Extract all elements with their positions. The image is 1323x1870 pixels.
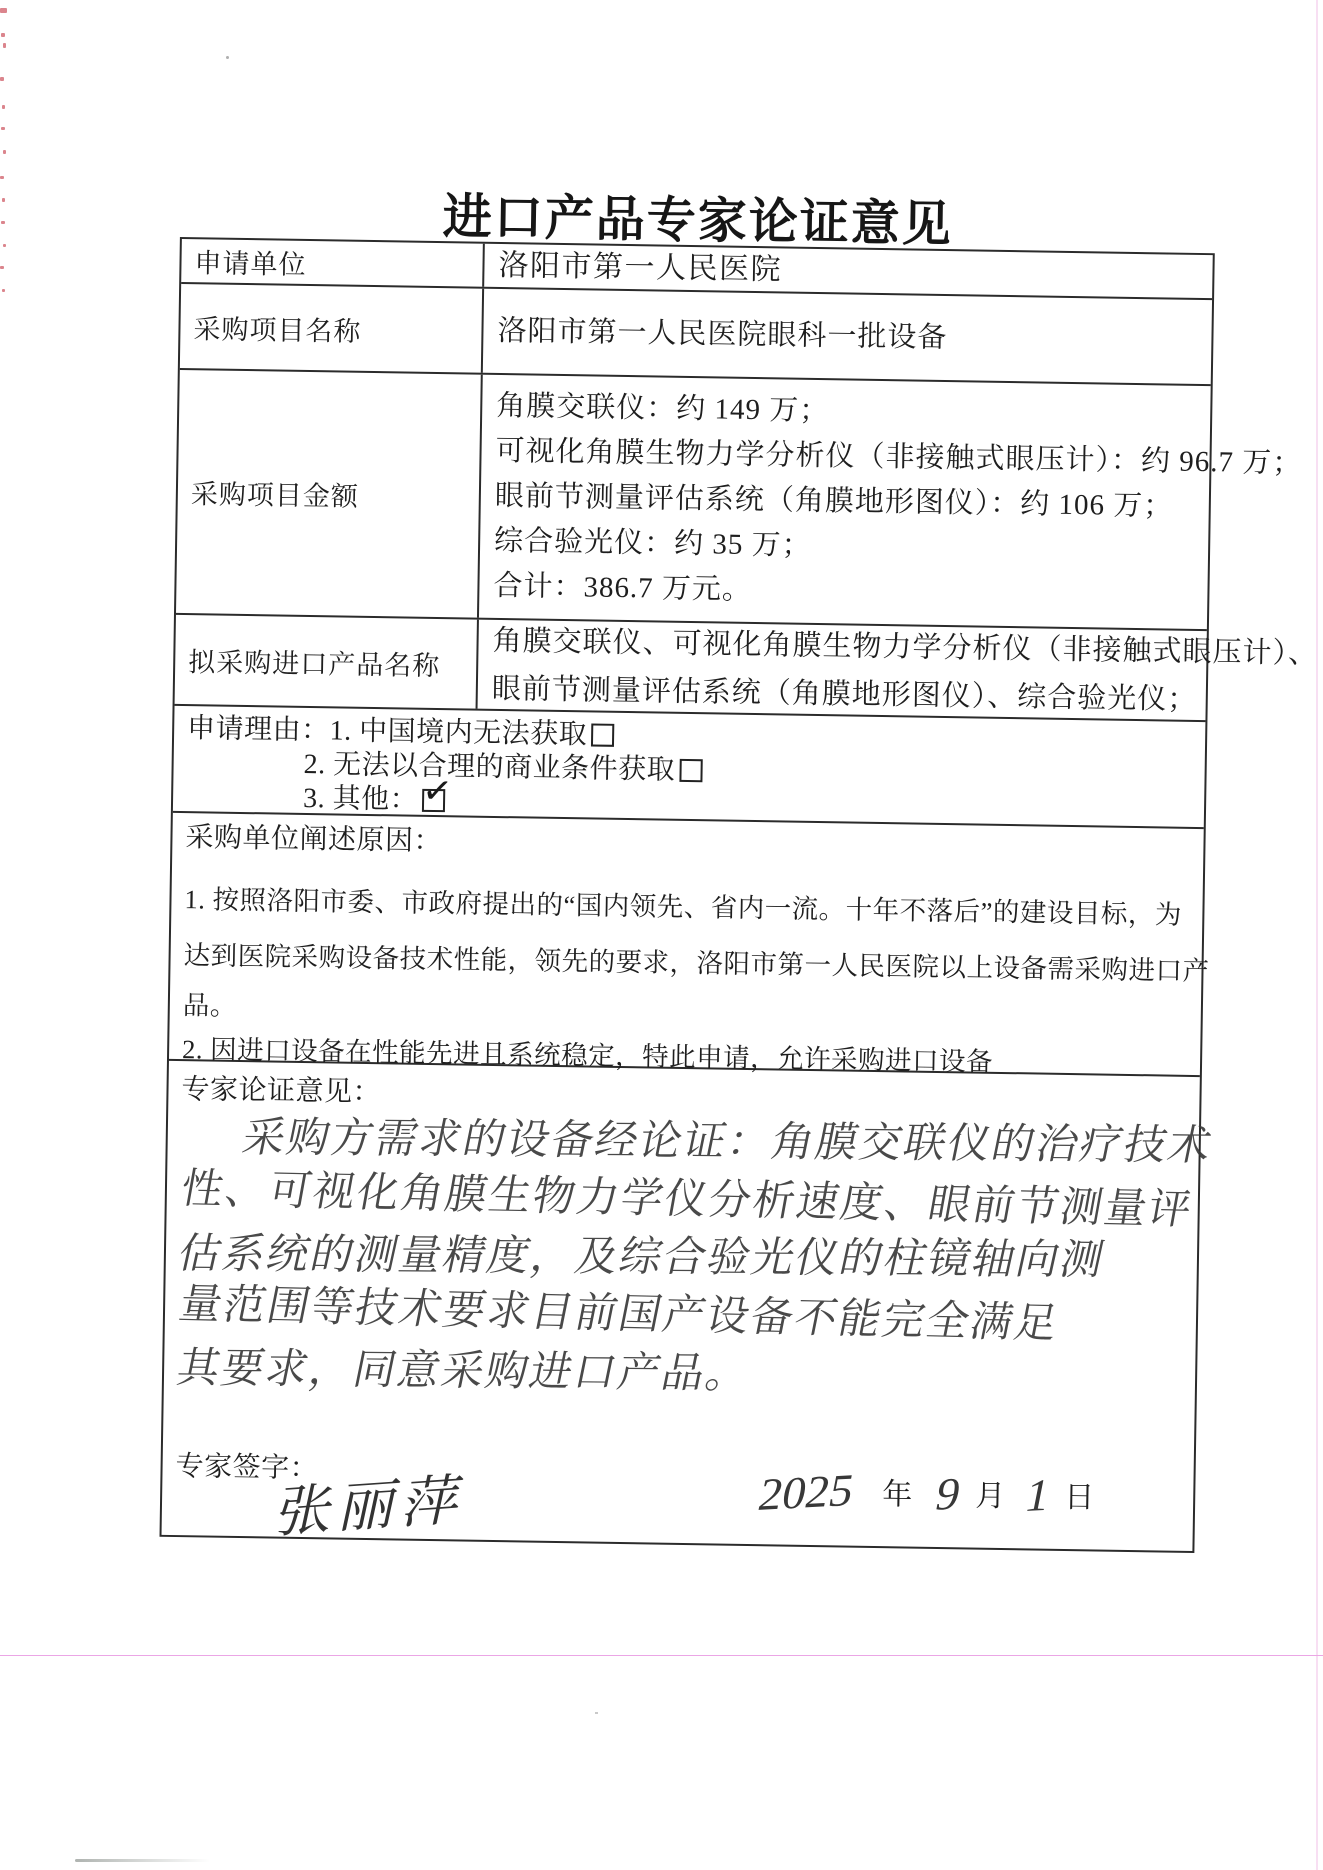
expert-signature: 张丽萍 [269,1456,476,1549]
scan-artifact-red-speck [0,176,4,179]
row-expert-opinion: 专家论证意见： 采购方需求的设备经论证：角膜交联仪的治疗技术 性、可视化角膜生物… [162,1061,1200,1551]
row-purchaser-reason: 采购单位阐述原因： 1. 按照洛阳市委、市政府提出的“国内领先、省内一流。十年不… [169,813,1204,1077]
opinion-date: 2025 年 9 月 1 日 [760,1468,1096,1519]
scan-artifact-red-speck [3,244,6,247]
checkbox-unchecked-domestic [591,723,614,746]
checkbox-unchecked-commercial [679,759,702,782]
scan-artifact-red-speck [3,150,6,154]
scan-artifact-red-speck [2,289,5,292]
scan-artifact-red-speck [0,8,7,13]
scan-artifact-red-speck [2,105,5,109]
row-import-products: 拟采购进口产品名称 角膜交联仪、可视化角膜生物力学分析仪（非接触式眼压计）、 眼… [175,615,1207,722]
apply-reason-label: 申请理由： [187,713,330,746]
date-day-handwritten: 1 [1022,1472,1053,1519]
checkbox-checked-other: ✓ [422,789,445,812]
row-project-name: 采购项目名称 洛阳市第一人民医院眼科一批设备 [180,284,1212,386]
check-mark-icon: ✓ [420,773,455,810]
handwritten-line: 其要求，同意采购进口产品。 [172,1340,1193,1408]
expert-opinion-handwriting: 采购方需求的设备经论证：角膜交联仪的治疗技术 性、可视化角膜生物力学仪分析速度、… [178,1105,1190,1411]
row-project-amount: 采购项目金额 角膜交联仪：约 149 万； 可视化角膜生物力学分析仪（非接触式眼… [176,370,1211,631]
date-month-unit: 月 [975,1476,1007,1518]
date-day-unit: 日 [1064,1477,1096,1519]
scan-artifact-dot [226,56,229,59]
project-name-value: 洛阳市第一人民医院眼科一批设备 [497,308,1212,364]
scan-artifact-red-speck [1,127,5,130]
date-month-handwritten: 9 [927,1470,970,1518]
scan-artifact-red-speck [0,266,4,269]
expert-opinion-label: 专家论证意见： [181,1067,381,1110]
scan-artifact-red-speck [1,221,5,224]
scan-artifact-right-edge [1316,0,1318,1870]
scan-artifact-red-speck [1,33,5,37]
project-name-label: 采购项目名称 [180,284,484,373]
applicant-label: 申请单位 [181,239,485,287]
scan-artifact-dot [595,1712,598,1714]
document: 进口产品专家论证意见 申请单位 洛阳市第一人民医院 采购项目名称 洛阳市第一人民… [159,174,1216,1570]
date-year-handwritten: 2025 [755,1466,876,1518]
purchaser-reason-label: 采购单位阐述原因： [185,819,1211,873]
import-products-label: 拟采购进口产品名称 [175,615,479,709]
scan-artifact-bottom-dash [75,1859,210,1862]
scan-artifact-red-speck [2,198,5,202]
form-table: 申请单位 洛阳市第一人民医院 采购项目名称 洛阳市第一人民医院眼科一批设备 采购… [159,237,1214,1553]
scan-artifact-red-speck [0,77,4,81]
project-amount-label: 采购项目金额 [176,370,483,618]
scan-artifact-red-speck [3,43,6,48]
date-year-unit: 年 [882,1474,914,1516]
scan-artifact-pink-line [0,1655,1323,1656]
scanned-document-page: 进口产品专家论证意见 申请单位 洛阳市第一人民医院 采购项目名称 洛阳市第一人民… [0,0,1323,1870]
row-apply-reason: 申请理由：1. 中国境内无法获取 2. 无法以合理的商业条件获取 3. 其他：✓ [173,706,1206,829]
